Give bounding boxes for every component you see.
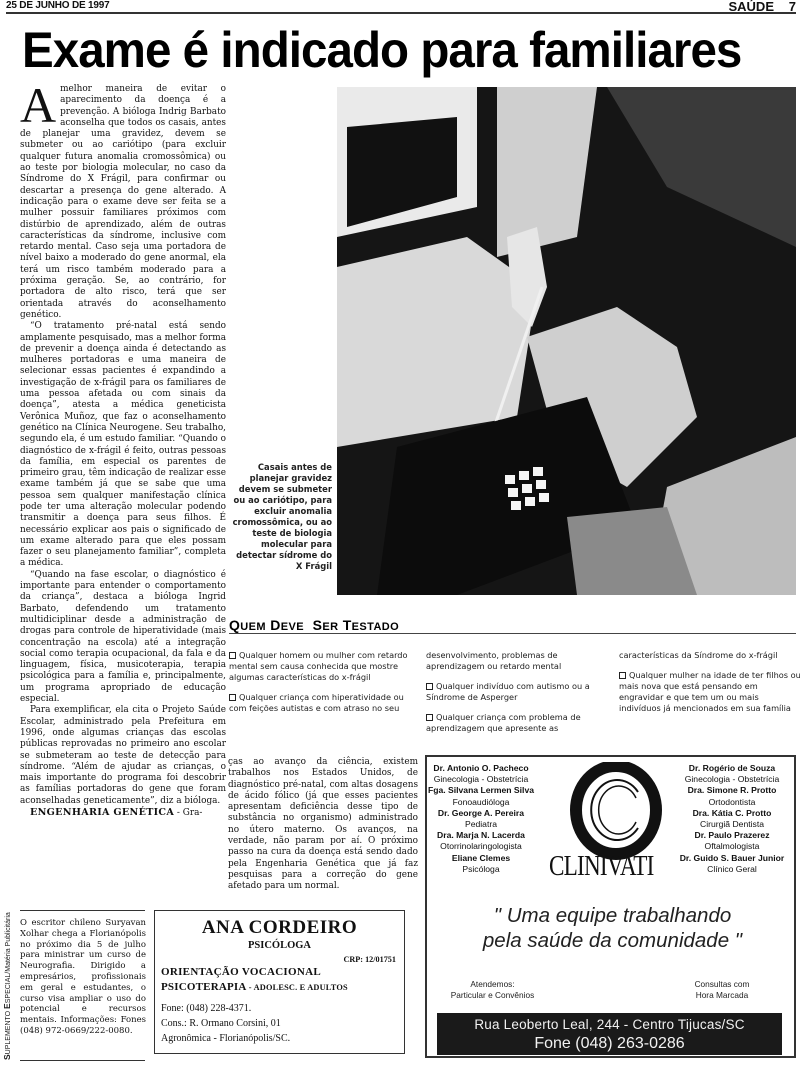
clinic-phone: Fone (048) 263-0286 <box>437 1034 782 1053</box>
checkbox-icon <box>229 652 236 659</box>
section-name: SAÚDE <box>728 0 774 14</box>
checkbox-icon <box>229 694 236 701</box>
checklist-item: Qualquer criança com hiperatividade ou c… <box>229 692 411 714</box>
advertiser-profession: PSICÓLOGA <box>155 940 404 951</box>
course-notice: O escritor chileno Suryavan Xolhar chega… <box>20 918 146 1037</box>
clinivati-slogan: " Uma equipe trabalhando pela saúde da c… <box>427 903 798 953</box>
headline: Exame é indicado para familiares <box>22 22 754 78</box>
article-paragraph: “O tratamento pré-natal está sendo ampla… <box>20 321 226 570</box>
photo-illustration <box>337 87 796 595</box>
photo-caption: Casais antes de planejar gravidez devem … <box>228 462 332 572</box>
article-paragraph: Para exemplificar, ela cita o Projeto Sa… <box>20 705 226 807</box>
checkbox-icon <box>426 683 433 690</box>
subhead: ENGENHARIA GENÉTICA <box>30 807 174 818</box>
drop-cap: A <box>20 86 56 124</box>
checklist-item: Qualquer homem ou mulher com retardo men… <box>229 650 411 683</box>
checklist-column: desenvolvimento, problemas de aprendizag… <box>426 650 608 743</box>
checklist-item: Qualquer indivíduo com autismo ou a Sínd… <box>426 681 608 703</box>
appointment-info: Consultas com Hora Marcada <box>672 979 772 1001</box>
checklist-title: QUEM DEVE SER TESTADO <box>229 617 399 633</box>
address-band: Rua Leoberto Leal, 244 - Centro Tijucas/… <box>437 1013 782 1055</box>
checklist-item-continuation: desenvolvimento, problemas de aprendizag… <box>426 650 608 672</box>
checklist-item: Qualquer mulher na idade de ter filhos o… <box>619 670 800 714</box>
checkbox-icon <box>426 714 433 721</box>
service: ORIENTAÇÃO VOCACIONAL <box>161 966 321 978</box>
page-number: 7 <box>789 0 796 14</box>
checkbox-icon <box>619 672 626 679</box>
doctor-list-left: Dr. Antonio O. Pacheco Ginecologia - Obs… <box>419 763 543 875</box>
clinivati-brand: CLINIVATI <box>549 850 653 883</box>
registration-number: CRP: 12/01751 <box>343 955 396 964</box>
checklist-column: características da Síndrome do x-frágil … <box>619 650 800 723</box>
attendance-info: Atendemos: Particular e Convênios <box>435 979 550 1001</box>
article-paragraph: “Quando na fase escolar, o diagnóstico é… <box>20 570 226 706</box>
article-body-left: Amelhor maneira de evitar o aparecimento… <box>20 84 226 819</box>
page-header: 25 DE JUNHO DE 1997 SAÚDE 7 <box>6 0 796 14</box>
service: PSICOTERAPIA - ADOLESC. E ADULTOS <box>161 981 348 993</box>
divider <box>20 910 145 911</box>
checklist-item-continuation: características da Síndrome do x-frágil <box>619 650 800 661</box>
checklist-column: Qualquer homem ou mulher com retardo men… <box>229 650 411 723</box>
article-body-continuation: ças ao avanço da ciência, existem trabal… <box>228 757 418 893</box>
issue-date: 25 DE JUNHO DE 1997 <box>6 0 109 11</box>
doctor-list-right: Dr. Rogério de Souza Ginecologia - Obste… <box>670 763 794 875</box>
ana-cordeiro-ad: ANA CORDEIRO PSICÓLOGA CRP: 12/01751 ORI… <box>154 910 405 1054</box>
supplement-side-label: SUPLEMENTO ESPECIAL/Matéria Publicitária <box>2 900 12 1060</box>
article-paragraph: Amelhor maneira de evitar o aparecimento… <box>20 84 226 321</box>
clinivati-ad: Dr. Antonio O. Pacheco Ginecologia - Obs… <box>425 755 796 1058</box>
checklist: Qualquer homem ou mulher com retardo men… <box>229 650 796 750</box>
article-paragraph: ças ao avanço da ciência, existem trabal… <box>228 757 418 893</box>
divider <box>229 633 796 634</box>
article-paragraph: ENGENHARIA GENÉTICA - Gra- <box>20 807 226 819</box>
clinic-address: Rua Leoberto Leal, 244 - Centro Tijucas/… <box>437 1013 782 1034</box>
contact-info: Fone: (048) 228-4371. Cons.: R. Ormano C… <box>161 1001 290 1046</box>
divider <box>20 1060 145 1061</box>
checklist-item: Qualquer criança com problema de aprendi… <box>426 712 608 734</box>
lab-photo <box>337 87 796 595</box>
advertiser-name: ANA CORDEIRO <box>155 917 404 939</box>
